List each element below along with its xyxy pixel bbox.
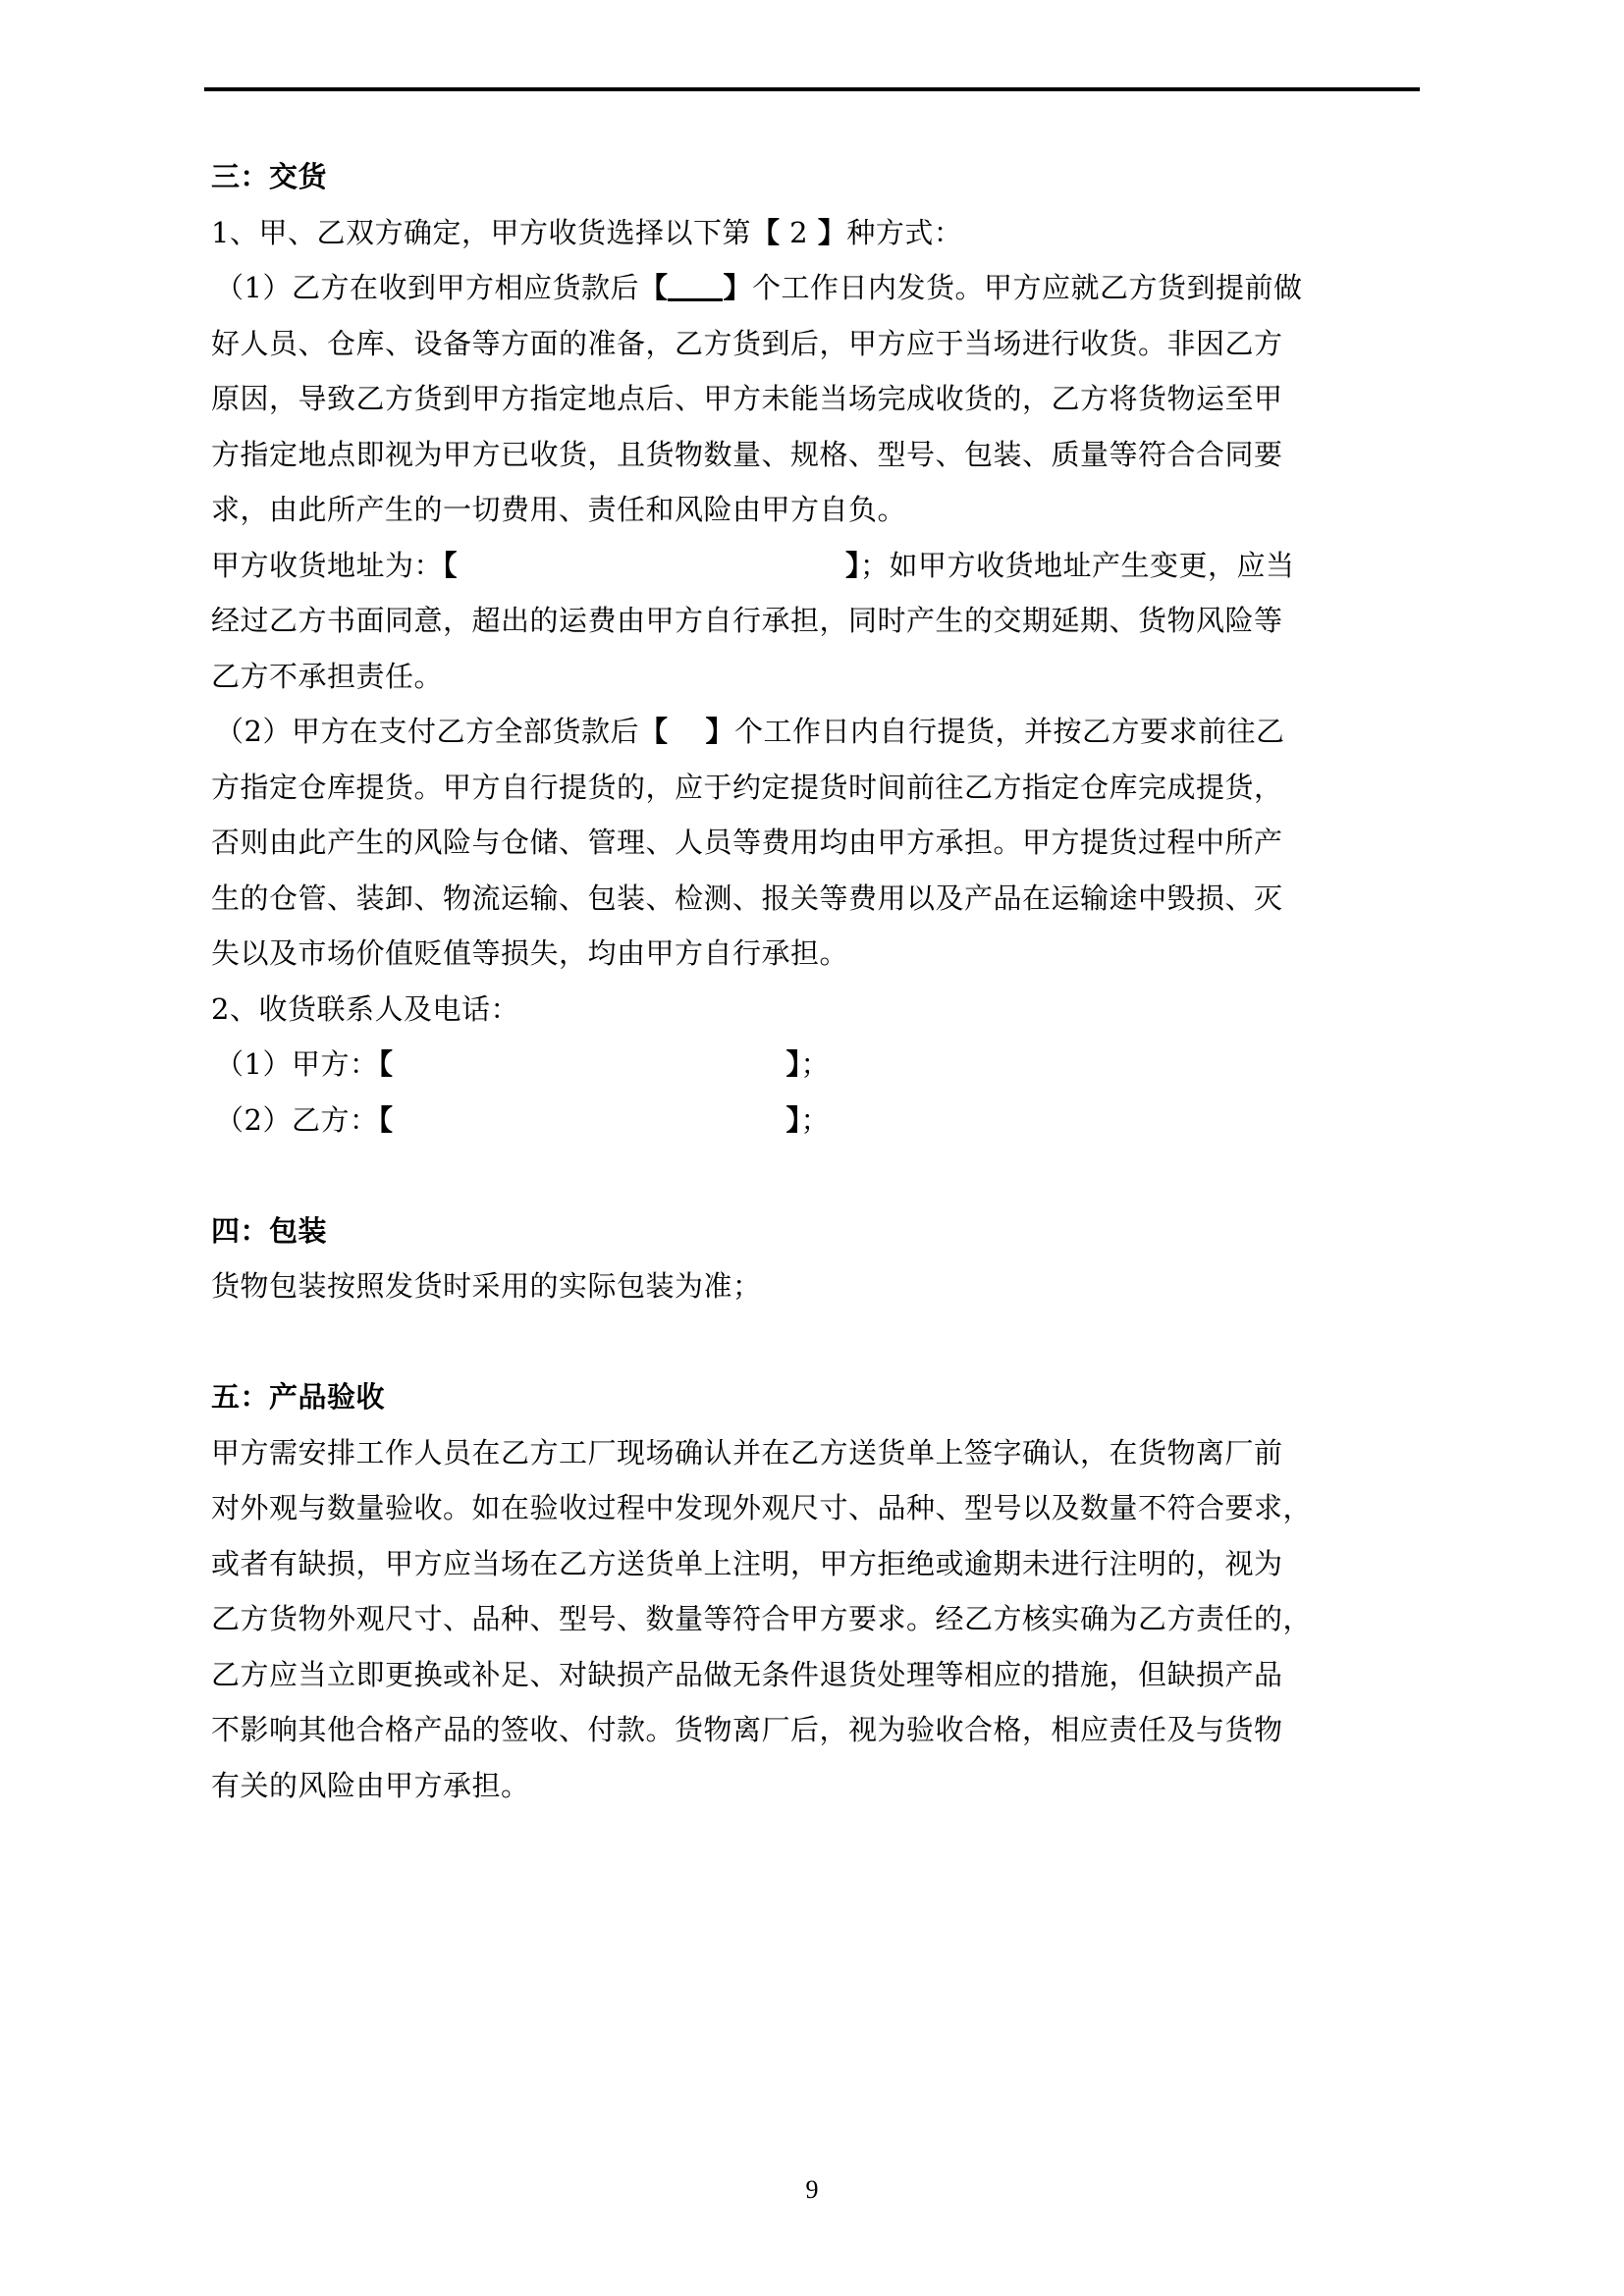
contact-party-a: （1）甲方：【】； [211, 1037, 1424, 1093]
contact-heading: 2、收货联系人及电话： [211, 982, 1424, 1038]
bracket-close: 】 [818, 216, 847, 249]
document-body: 三：交货 1、甲、乙双方确定，甲方收货选择以下第【 2 】种方式： （1）乙方在… [211, 149, 1424, 1813]
contact-suffix: ； [800, 1103, 830, 1137]
bracket-open: 【 [378, 1047, 393, 1081]
inspection-line5: 乙方应当立即更换或补足、对缺损产品做无条件退货处理等相应的措施，但缺损产品 [211, 1647, 1424, 1703]
option2-line3: 否则由此产生的风险与仓储、管理、人员等费用均由甲方承担。甲方提货过程中所产 [211, 815, 1424, 871]
bracket-close: 】 [785, 1047, 800, 1081]
selected-option-field[interactable]: 2 [780, 216, 817, 249]
bracket-close: 】 [723, 271, 752, 304]
page-number: 9 [0, 2175, 1624, 2205]
section-heading-delivery: 三：交货 [211, 149, 1424, 205]
bracket-open: 【 [751, 216, 781, 249]
contact-label: （2）乙方： [215, 1103, 378, 1137]
bracket-open: 【 [378, 1103, 393, 1137]
section-heading-inspection: 五：产品验收 [211, 1369, 1424, 1425]
option2-line2: 方指定仓库提货。甲方自行提货的，应于约定提货时间前往乙方指定仓库完成提货， [211, 760, 1424, 816]
address-line3: 乙方不承担责任。 [211, 649, 1424, 705]
contact-suffix: ； [800, 1047, 830, 1081]
inspection-line6: 不影响其他合格产品的签收、付款。货物离厂后，视为验收合格，相应责任及与货物 [211, 1702, 1424, 1758]
bracket-close: 】 [845, 549, 860, 582]
option1-line3: 原因，导致乙方货到甲方指定地点后、甲方未能当场完成收货的，乙方将货物运至甲 [211, 371, 1424, 427]
inspection-line7: 有关的风险由甲方承担。 [211, 1758, 1424, 1814]
option1-prefix: （1）乙方在收到甲方相应货款后 [215, 271, 639, 304]
option2-line4: 生的仓管、装卸、物流运输、包装、检测、报关等费用以及产品在运输途中毁损、灭 [211, 871, 1424, 927]
selection-suffix: 种方式： [846, 216, 962, 249]
contact-label: （1）甲方： [215, 1047, 378, 1081]
bracket-close: 】 [705, 715, 734, 748]
option1-line1: （1）乙方在收到甲方相应货款后【】个工作日内发货。甲方应就乙方货到提前做 [211, 260, 1424, 316]
selection-text: 1、甲、乙双方确定，甲方收货选择以下第 [211, 216, 751, 249]
option1-line5: 求，由此所产生的一切费用、责任和风险由甲方自负。 [211, 482, 1424, 538]
option2-prefix: （2）甲方在支付乙方全部货款后 [215, 715, 639, 748]
bracket-open: 【 [639, 715, 669, 748]
packaging-text: 货物包装按照发货时采用的实际包装为准； [211, 1258, 1424, 1314]
inspection-line4: 乙方货物外观尺寸、品种、型号、数量等符合甲方要求。经乙方核实确为乙方责任的， [211, 1591, 1424, 1647]
address-suffix: ；如甲方收货地址产生变更，应当 [860, 549, 1295, 582]
delivery-address-line: 甲方收货地址为：【】；如甲方收货地址产生变更，应当 [211, 538, 1424, 594]
spacer [211, 1314, 1424, 1370]
address-label: 甲方收货地址为： [211, 549, 443, 582]
option1-line2: 好人员、仓库、设备等方面的准备，乙方货到后，甲方应于当场进行收货。非因乙方 [211, 316, 1424, 372]
bracket-open: 【 [639, 271, 669, 304]
option1-line4: 方指定地点即视为甲方已收货，且货物数量、规格、型号、包装、质量等符合合同要 [211, 427, 1424, 483]
header-rule [204, 87, 1420, 91]
delivery-method-selection: 1、甲、乙双方确定，甲方收货选择以下第【 2 】种方式： [211, 205, 1424, 261]
spacer [211, 1148, 1424, 1203]
section-heading-packaging: 四：包装 [211, 1203, 1424, 1259]
bracket-open: 【 [443, 549, 458, 582]
inspection-line1: 甲方需安排工作人员在乙方工厂现场确认并在乙方送货单上签字确认，在货物离厂前 [211, 1425, 1424, 1481]
option2-line1: （2）甲方在支付乙方全部货款后【】个工作日内自行提货，并按乙方要求前往乙 [211, 704, 1424, 760]
inspection-line2: 对外观与数量验收。如在验收过程中发现外观尺寸、品种、型号以及数量不符合要求， [211, 1480, 1424, 1536]
option2-suffix: 个工作日内自行提货，并按乙方要求前往乙 [734, 715, 1285, 748]
bracket-close: 】 [785, 1103, 800, 1137]
option2-line5: 失以及市场价值贬值等损失，均由甲方自行承担。 [211, 926, 1424, 982]
option1-suffix: 个工作日内发货。甲方应就乙方货到提前做 [752, 271, 1303, 304]
contact-party-b: （2）乙方：【】； [211, 1093, 1424, 1148]
option1-days-field[interactable] [668, 275, 723, 301]
address-line2: 经过乙方书面同意，超出的运费由甲方自行承担，同时产生的交期延期、货物风险等 [211, 593, 1424, 649]
inspection-line3: 或者有缺损，甲方应当场在乙方送货单上注明，甲方拒绝或逾期未进行注明的，视为 [211, 1536, 1424, 1592]
